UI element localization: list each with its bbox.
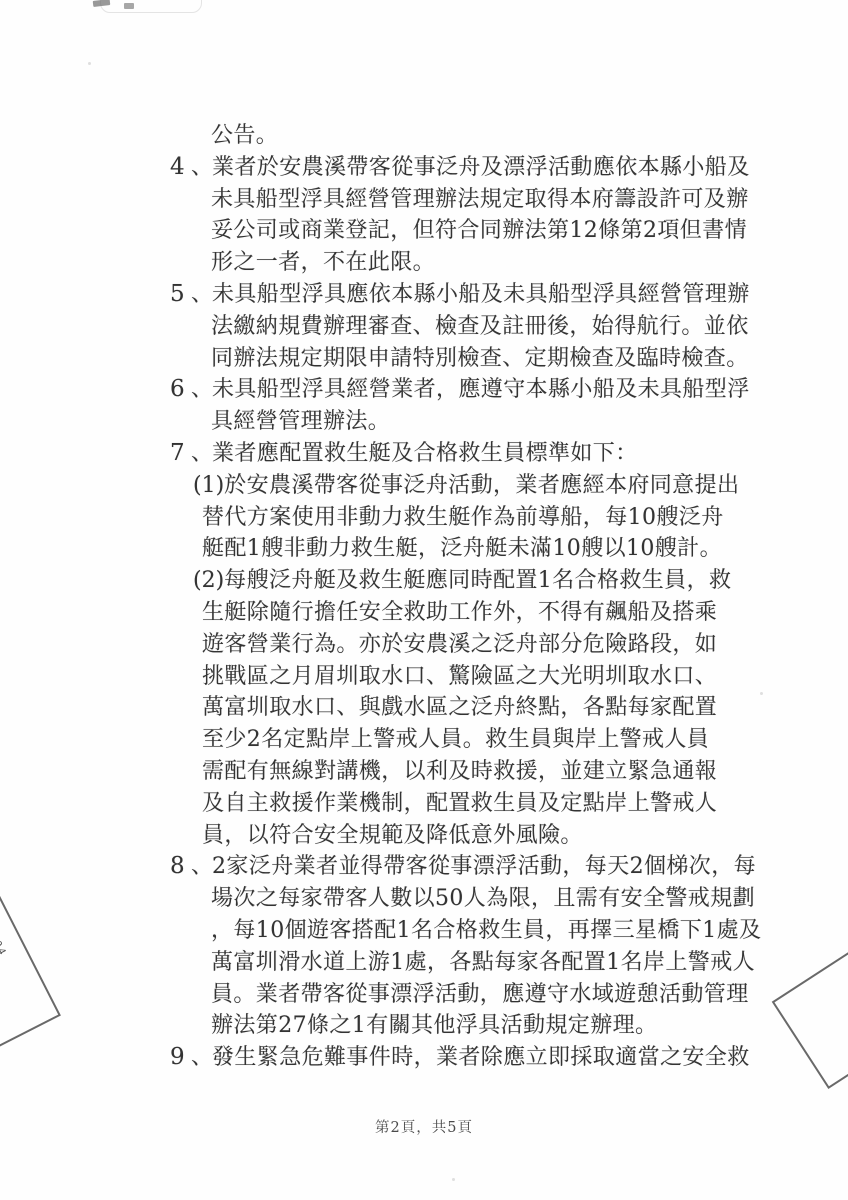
item-separator: 、 — [191, 152, 212, 184]
item-separator: 、 — [191, 1042, 212, 1074]
sub-item-label: (2) — [193, 568, 224, 593]
text-line: 未具船型浮具經營管理辦法規定取得本府籌設許可及辦 — [0, 184, 848, 216]
line-text: 場次之每家帶客人數以50人為限，且需有安全警戒規劃 — [211, 886, 755, 911]
scan-speck — [88, 62, 91, 65]
sub-item-text: 於安農溪帶客從事泛舟活動，業者應經本府同意提出 — [224, 473, 739, 498]
text-line: (2)每艘泛舟艇及救生艇應同時配置1名合格救生員，救 — [0, 565, 848, 597]
text-line: 場次之每家帶客人數以50人為限，且需有安全警戒規劃 — [0, 883, 848, 915]
text-line: 8、2家泛舟業者並得帶客從事漂浮活動，每天2個梯次，每 — [0, 851, 848, 883]
text-line: 7、業者應配置救生艇及合格救生員標準如下： — [0, 438, 848, 470]
line-text: 法繳納規費辦理審查、檢查及註冊後，始得航行。並依 — [211, 314, 749, 339]
item-separator: 、 — [191, 438, 212, 470]
text-line: 辦法第27條之1有關其他浮具活動規定辦理。 — [0, 1010, 848, 1042]
text-line: 同辦法規定期限申請特別檢查、定期檢查及臨時檢查。 — [0, 343, 848, 375]
sub-item-text: 每艘泛舟艇及救生艇應同時配置1名合格救生員，救 — [224, 568, 731, 593]
line-text: 艇配1艘非動力救生艇，泛舟艇未滿10艘以10艘計。 — [202, 536, 722, 561]
text-line: 萬富圳取水口、與戲水區之泛舟終點，各點每家配置 — [0, 692, 848, 724]
line-text: 萬富圳取水口、與戲水區之泛舟終點，各點每家配置 — [202, 695, 717, 720]
text-line: 艇配1艘非動力救生艇，泛舟艇未滿10艘以10艘計。 — [0, 533, 848, 565]
text-line: 9、發生緊急危難事件時，業者除應立即採取適當之安全救 — [0, 1042, 848, 1074]
text-line: 及自主救援作業機制，配置救生員及定點岸上警戒人 — [0, 788, 848, 820]
text-line: 6、未具船型浮具經營業者，應遵守本縣小船及未具船型浮 — [0, 374, 848, 406]
line-text: ，每10個遊客搭配1名合格救生員，再擇三星橋下1處及 — [211, 918, 761, 943]
item-number: 7 — [170, 438, 191, 470]
item-text: 發生緊急危難事件時，業者除應立即採取適當之安全救 — [212, 1045, 750, 1070]
scan-speck — [452, 1178, 455, 1181]
text-line: 5、未具船型浮具應依本縣小船及未具船型浮具經營管理辦 — [0, 279, 848, 311]
item-number: 4 — [170, 152, 191, 184]
line-text: 妥公司或商業登記，但符合同辦法第12條第2項但書情 — [211, 218, 747, 243]
line-text: 替代方案使用非動力救生艇作為前導船，每10艘泛舟 — [202, 505, 724, 530]
item-text: 未具船型浮具經營業者，應遵守本縣小船及未具船型浮 — [212, 377, 750, 402]
text-line: 生艇除隨行擔任安全救助工作外，不得有飆船及搭乘 — [0, 597, 848, 629]
item-number: 8 — [170, 851, 191, 883]
text-line: 遊客營業行為。亦於安農溪之泛舟部分危險路段，如 — [0, 629, 848, 661]
line-text: 公告。 — [211, 123, 278, 148]
line-text: 生艇除隨行擔任安全救助工作外，不得有飆船及搭乘 — [202, 600, 717, 625]
line-text: 未具船型浮具經營管理辦法規定取得本府籌設許可及辦 — [211, 187, 749, 212]
item-text: 業者於安農溪帶客從事泛舟及漂浮活動應依本縣小船及 — [212, 155, 750, 180]
line-text: 辦法第27條之1有關其他浮具活動規定辦理。 — [211, 1013, 657, 1038]
page-number-footer: 第2頁，共5頁 — [0, 1116, 848, 1137]
text-line: 員。業者帶客從事漂浮活動，應遵守水域遊憩活動管理 — [0, 979, 848, 1011]
text-line: 替代方案使用非動力救生艇作為前導船，每10艘泛舟 — [0, 502, 848, 534]
item-separator: 、 — [191, 374, 212, 406]
line-text: 需配有無線對講機，以利及時救援，並建立緊急通報 — [202, 759, 717, 784]
line-text: 遊客營業行為。亦於安農溪之泛舟部分危險路段，如 — [202, 632, 717, 657]
text-line: 員，以符合安全規範及降低意外風險。 — [0, 820, 848, 852]
item-separator: 、 — [191, 851, 212, 883]
item-number: 9 — [170, 1042, 191, 1074]
line-text: 挑戰區之月眉圳取水口、驚險區之大光明圳取水口、 — [202, 664, 717, 689]
item-text: 未具船型浮具應依本縣小船及未具船型浮具經營管理辦 — [212, 282, 750, 307]
item-number: 5 — [170, 279, 191, 311]
text-line: 挑戰區之月眉圳取水口、驚險區之大光明圳取水口、 — [0, 661, 848, 693]
scanned-document-page: 公告。4、業者於安農溪帶客從事泛舟及漂浮活動應依本縣小船及未具船型浮具經營管理辦… — [0, 0, 848, 1200]
text-line: 萬富圳滑水道上游1處，各點每家各配置1名岸上警戒人 — [0, 947, 848, 979]
text-line: ，每10個遊客搭配1名合格救生員，再擇三星橋下1處及 — [0, 915, 848, 947]
line-text: 員，以符合安全規範及降低意外風險。 — [202, 823, 583, 848]
text-line: 具經營管理辦法。 — [0, 406, 848, 438]
line-text: 具經營管理辦法。 — [211, 409, 390, 434]
text-line: 法繳納規費辦理審查、檢查及註冊後，始得航行。並依 — [0, 311, 848, 343]
line-text: 員。業者帶客從事漂浮活動，應遵守水域遊憩活動管理 — [211, 982, 749, 1007]
text-line: (1)於安農溪帶客從事泛舟活動，業者應經本府同意提出 — [0, 470, 848, 502]
text-line: 公告。 — [0, 120, 848, 152]
line-text: 同辦法規定期限申請特別檢查、定期檢查及臨時檢查。 — [211, 346, 749, 371]
sub-item-label: (1) — [193, 473, 224, 498]
line-text: 形之一者，不在此限。 — [211, 250, 435, 275]
line-text: 至少2名定點岸上警戒人員。救生員與岸上警戒人員 — [202, 727, 709, 752]
text-line: 至少2名定點岸上警戒人員。救生員與岸上警戒人員 — [0, 724, 848, 756]
text-line: 形之一者，不在此限。 — [0, 247, 848, 279]
item-number: 6 — [170, 374, 191, 406]
item-text: 2家泛舟業者並得帶客從事漂浮活動，每天2個梯次，每 — [212, 854, 756, 879]
line-text: 及自主救援作業機制，配置救生員及定點岸上警戒人 — [202, 791, 717, 816]
stamp-text: 04 — [0, 939, 8, 958]
line-text: 萬富圳滑水道上游1處，各點每家各配置1名岸上警戒人 — [211, 950, 755, 975]
text-line: 4、業者於安農溪帶客從事泛舟及漂浮活動應依本縣小船及 — [0, 152, 848, 184]
scan-artifact — [100, 0, 202, 13]
text-line: 妥公司或商業登記，但符合同辦法第12條第2項但書情 — [0, 215, 848, 247]
document-body: 公告。4、業者於安農溪帶客從事泛舟及漂浮活動應依本縣小船及未具船型浮具經營管理辦… — [0, 120, 848, 1074]
text-line: 需配有無線對講機，以利及時救援，並建立緊急通報 — [0, 756, 848, 788]
scan-artifact — [124, 3, 134, 9]
item-separator: 、 — [191, 279, 212, 311]
item-text: 業者應配置救生艇及合格救生員標準如下： — [212, 441, 638, 466]
